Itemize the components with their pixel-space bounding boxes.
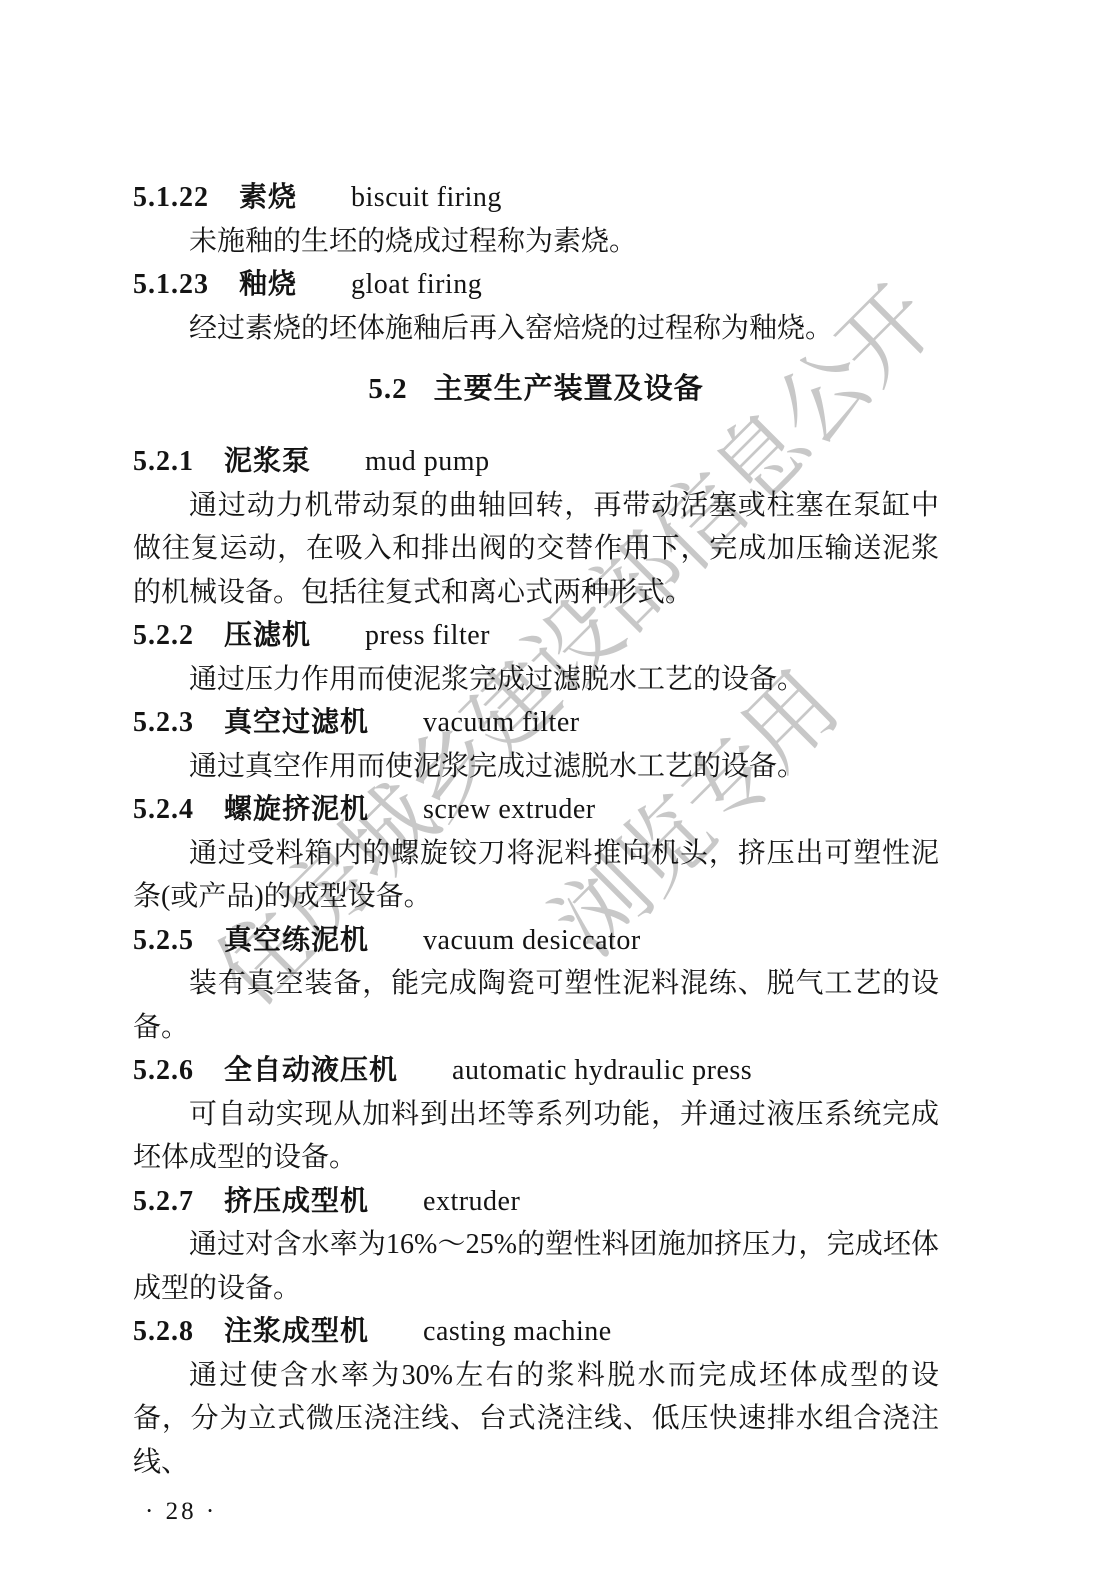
term-number: 5.2.3: [133, 707, 194, 738]
term-name-en: press filter: [365, 620, 490, 651]
term-name-zh: 全自动液压机: [224, 1055, 398, 1086]
term-name-en: vacuum desiccator: [423, 925, 641, 956]
term-name-en: gloat firing: [351, 269, 482, 300]
term-name-zh: 压滤机: [224, 620, 311, 651]
term-definition: 通过真空作用而使泥浆完成过滤脱水工艺的设备。: [133, 745, 939, 789]
term-name-en: vacuum filter: [423, 707, 580, 738]
term-entry: 5.2.7挤压成型机extruder 通过对含水率为16%～25%的塑性料团施加…: [133, 1180, 939, 1311]
term-definition: 通过压力作用而使泥浆完成过滤脱水工艺的设备。: [133, 658, 939, 702]
section-title: 主要生产装置及设备: [434, 373, 704, 405]
term-name-en: biscuit firing: [351, 182, 502, 213]
term-name-zh: 螺旋挤泥机: [224, 794, 369, 825]
term-definition: 经过素烧的坯体施釉后再入窑焙烧的过程称为釉烧。: [133, 307, 939, 351]
page-number: · 28 ·: [133, 1490, 939, 1534]
term-entry: 5.2.2压滤机press filter 通过压力作用而使泥浆完成过滤脱水工艺的…: [133, 614, 939, 701]
term-heading: 5.1.22素烧biscuit firing: [133, 176, 939, 220]
term-heading: 5.2.7挤压成型机extruder: [133, 1180, 939, 1224]
term-heading: 5.2.1泥浆泵mud pump: [133, 440, 939, 484]
term-name-zh: 真空过滤机: [224, 707, 369, 738]
term-name-zh: 泥浆泵: [224, 446, 311, 477]
term-entry: 5.2.6全自动液压机automatic hydraulic press 可自动…: [133, 1049, 939, 1180]
term-heading: 5.1.23釉烧gloat firing: [133, 263, 939, 307]
term-name-en: casting machine: [423, 1316, 612, 1347]
term-name-zh: 真空练泥机: [224, 925, 369, 956]
term-entry: 5.2.8注浆成型机casting machine 通过使含水率为30%左右的浆…: [133, 1310, 939, 1484]
term-heading: 5.2.2压滤机press filter: [133, 614, 939, 658]
term-name-en: extruder: [423, 1186, 520, 1217]
document-page: 住房城乡建设部信息公开 浏览专用 5.1.22素烧biscuit firing …: [0, 0, 1100, 1595]
term-number: 5.1.23: [133, 269, 209, 300]
term-name-zh: 挤压成型机: [224, 1186, 369, 1217]
term-number: 5.2.4: [133, 794, 194, 825]
term-number: 5.2.5: [133, 925, 194, 956]
term-entry: 5.2.5真空练泥机vacuum desiccator 装有真空装备，能完成陶瓷…: [133, 919, 939, 1050]
term-number: 5.2.2: [133, 620, 194, 651]
term-definition: 通过动力机带动泵的曲轴回转，再带动活塞或柱塞在泵缸中做往复运动，在吸入和排出阀的…: [133, 484, 939, 615]
term-entry: 5.1.22素烧biscuit firing 未施釉的生坯的烧成过程称为素烧。: [133, 176, 939, 263]
term-definition: 装有真空装备，能完成陶瓷可塑性泥料混练、脱气工艺的设备。: [133, 962, 939, 1049]
term-number: 5.2.1: [133, 446, 194, 477]
term-heading: 5.2.3真空过滤机vacuum filter: [133, 701, 939, 745]
term-entry: 5.2.1泥浆泵mud pump 通过动力机带动泵的曲轴回转，再带动活塞或柱塞在…: [133, 440, 939, 614]
term-name-en: screw extruder: [423, 794, 596, 825]
term-name-zh: 素烧: [239, 182, 297, 213]
term-number: 5.1.22: [133, 182, 209, 213]
term-name-en: automatic hydraulic press: [452, 1055, 752, 1086]
term-heading: 5.2.6全自动液压机automatic hydraulic press: [133, 1049, 939, 1093]
section-number: 5.2: [368, 373, 407, 405]
term-definition: 通过对含水率为16%～25%的塑性料团施加挤压力，完成坯体成型的设备。: [133, 1223, 939, 1310]
term-entry: 5.1.23釉烧gloat firing 经过素烧的坯体施釉后再入窑焙烧的过程称…: [133, 263, 939, 350]
text-column: 5.1.22素烧biscuit firing 未施釉的生坯的烧成过程称为素烧。 …: [0, 0, 939, 1534]
term-number: 5.2.7: [133, 1186, 194, 1217]
term-name-en: mud pump: [365, 446, 490, 477]
term-entry: 5.2.3真空过滤机vacuum filter 通过真空作用而使泥浆完成过滤脱水…: [133, 701, 939, 788]
term-definition: 未施釉的生坯的烧成过程称为素烧。: [133, 220, 939, 264]
term-definition: 通过受料箱内的螺旋铰刀将泥料推向机头，挤压出可塑性泥条(或产品)的成型设备。: [133, 832, 939, 919]
term-name-zh: 注浆成型机: [224, 1316, 369, 1347]
term-heading: 5.2.5真空练泥机vacuum desiccator: [133, 919, 939, 963]
section-heading: 5.2主要生产装置及设备: [133, 370, 939, 408]
term-number: 5.2.8: [133, 1316, 194, 1347]
term-heading: 5.2.4螺旋挤泥机screw extruder: [133, 788, 939, 832]
term-name-zh: 釉烧: [239, 269, 297, 300]
term-definition: 通过使含水率为30%左右的浆料脱水而完成坯体成型的设备，分为立式微压浇注线、台式…: [133, 1354, 939, 1485]
term-number: 5.2.6: [133, 1055, 194, 1086]
term-heading: 5.2.8注浆成型机casting machine: [133, 1310, 939, 1354]
term-entry: 5.2.4螺旋挤泥机screw extruder 通过受料箱内的螺旋铰刀将泥料推…: [133, 788, 939, 919]
term-definition: 可自动实现从加料到出坯等系列功能，并通过液压系统完成坯体成型的设备。: [133, 1093, 939, 1180]
